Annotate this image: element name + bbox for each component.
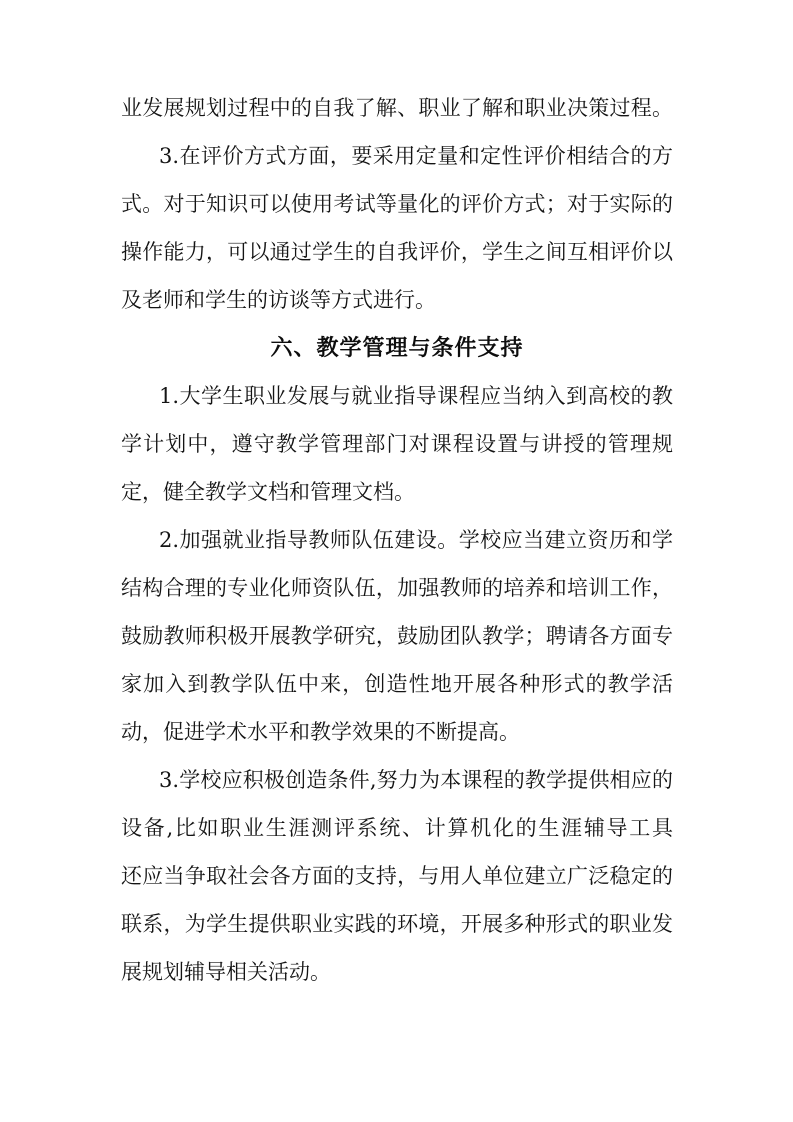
text-line: 设备,比如职业生涯测评系统、计算机化的生涯辅导工具等； bbox=[121, 804, 673, 852]
paragraph-first-line: 3.在评价方式方面，要采用定量和定性评价相结合的方 bbox=[121, 132, 673, 180]
section-heading: 六、教学管理与条件支持 bbox=[121, 324, 673, 372]
text-line: 式。对于知识可以使用考试等量化的评价方式；对于实际的 bbox=[121, 180, 673, 228]
paragraph-first-line: 3.学校应积极创造条件,努力为本课程的教学提供相应的 bbox=[121, 756, 673, 804]
text-line: 结构合理的专业化师资队伍，加强教师的培养和培训工作， bbox=[121, 564, 673, 612]
document-page: 业发展规划过程中的自我了解、职业了解和职业决策过程。 3.在评价方式方面，要采用… bbox=[0, 0, 793, 1122]
paragraph-first-line: 1.大学生职业发展与就业指导课程应当纳入到高校的教 bbox=[121, 372, 673, 420]
paragraph-first-line: 2.加强就业指导教师队伍建设。学校应当建立资历和学历 bbox=[121, 516, 673, 564]
text-line: 操作能力，可以通过学生的自我评价，学生之间互相评价以 bbox=[121, 228, 673, 276]
paragraph-last-line: 及老师和学生的访谈等方式进行。 bbox=[121, 276, 673, 324]
paragraph-last-line: 定，健全教学文档和管理文档。 bbox=[121, 468, 673, 516]
text-line: 联系，为学生提供职业实践的环境，开展多种形式的职业发 bbox=[121, 900, 673, 948]
text-line: 还应当争取社会各方面的支持，与用人单位建立广泛稳定的 bbox=[121, 852, 673, 900]
paragraph-last-line: 展规划辅导相关活动。 bbox=[121, 948, 673, 996]
text-line: 学计划中，遵守教学管理部门对课程设置与讲授的管理规 bbox=[121, 420, 673, 468]
paragraph-last-line: 动，促进学术水平和教学效果的不断提高。 bbox=[121, 708, 673, 756]
text-line: 鼓励教师积极开展教学研究，鼓励团队教学；聘请各方面专 bbox=[121, 612, 673, 660]
text-line: 家加入到教学队伍中来，创造性地开展各种形式的教学活 bbox=[121, 660, 673, 708]
text-line: 业发展规划过程中的自我了解、职业了解和职业决策过程。 bbox=[121, 84, 673, 132]
